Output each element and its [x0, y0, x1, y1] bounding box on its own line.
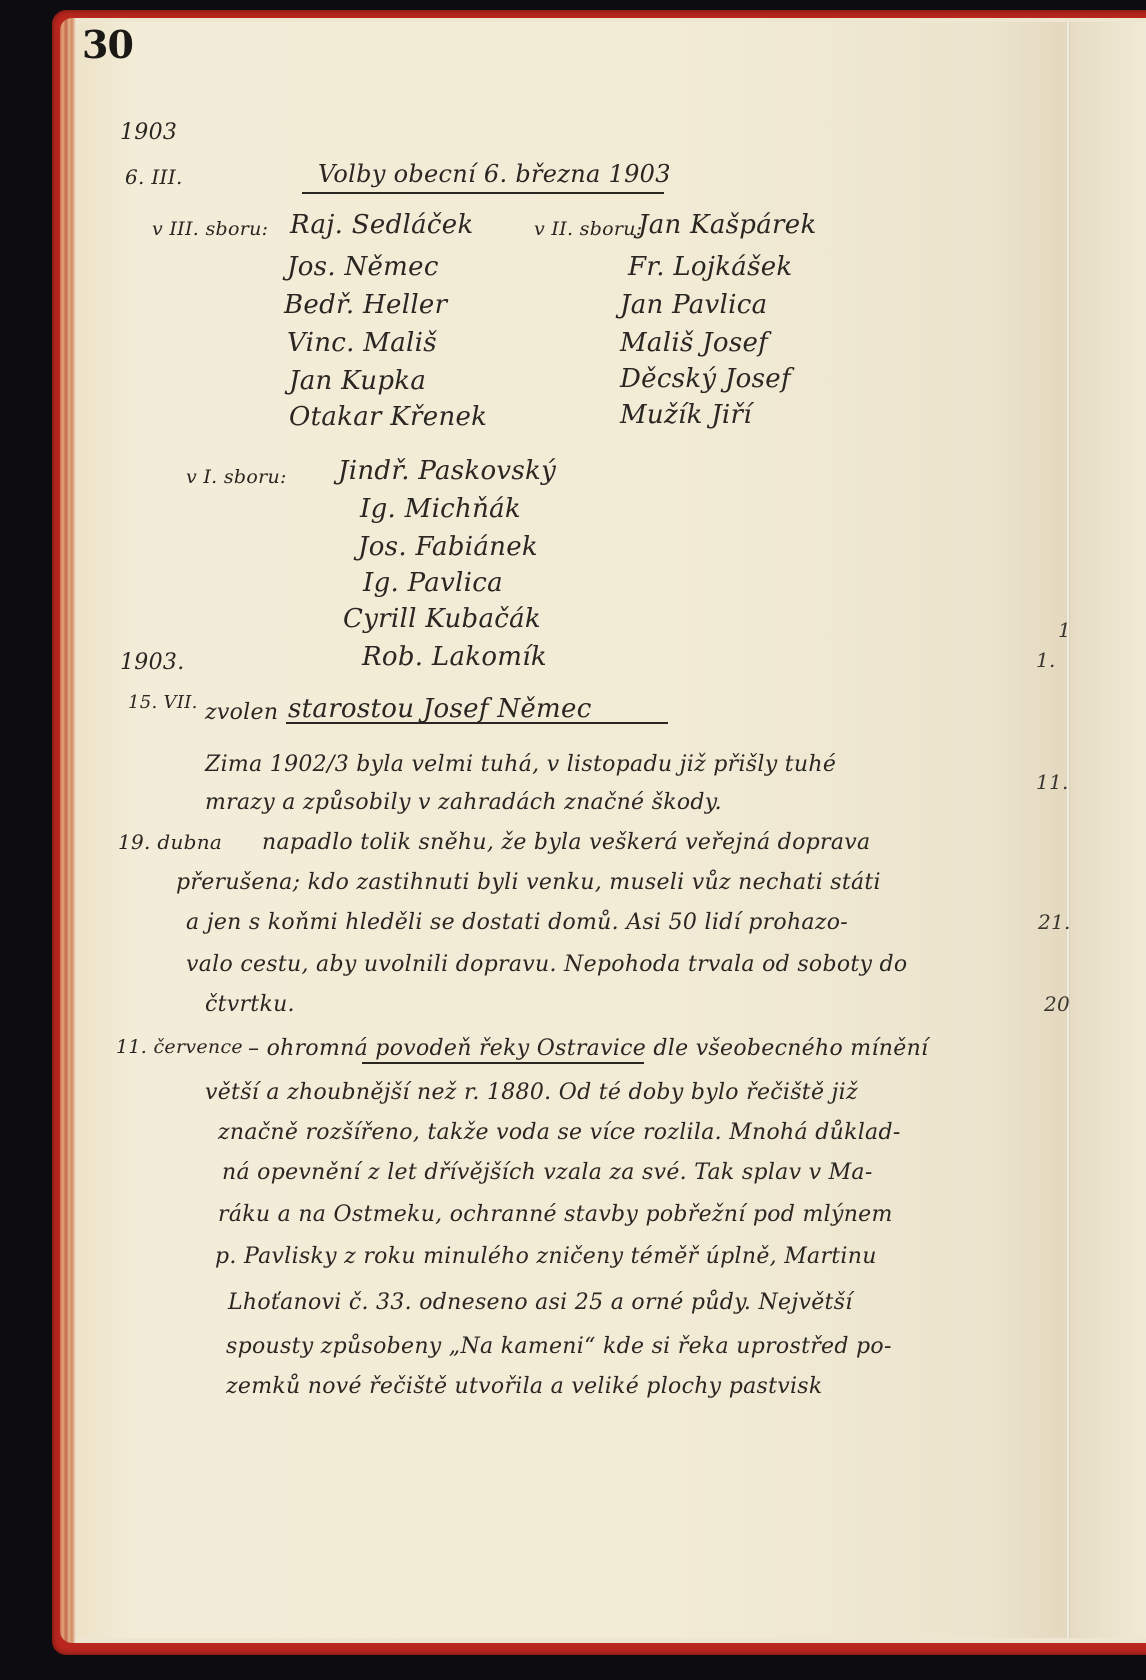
- corps-3-member: Otakar Křenek: [289, 402, 487, 432]
- corps-3-member: Bedř. Heller: [284, 290, 447, 320]
- next-page-margin-note: 1: [1058, 618, 1071, 642]
- election-title: Volby obecní 6. března 1903: [318, 160, 671, 188]
- text-line: mrazy a způsobily v zahradách značné ško…: [205, 790, 722, 815]
- text-line: ráku a na Ostmeku, ochranné stavby pobře…: [218, 1202, 893, 1227]
- corps-2-label: v II. sboru:: [534, 218, 643, 240]
- mayor-underline: [286, 722, 668, 724]
- corps-1-member: Jos. Fabiánek: [358, 532, 538, 562]
- text-line: a jen s koňmi hleděli se dostati domů. A…: [186, 910, 848, 935]
- corps-1-member: Ig. Michňák: [360, 494, 521, 524]
- text-line: valo cestu, aby uvolnili dopravu. Nepoho…: [186, 952, 907, 977]
- year-margin-mayor: 1903.: [120, 650, 184, 675]
- corps-1-member: Rob. Lakomík: [362, 642, 547, 672]
- corps-2-member: Jan Pavlica: [620, 290, 767, 320]
- mayor-line-underlined: starostou Josef Němec: [288, 694, 592, 724]
- text-line: napadlo tolik sněhu, že byla veškerá veř…: [262, 830, 870, 855]
- corps-3-member: Jan Kupka: [289, 366, 426, 396]
- corps-1-member: Jindř. Paskovský: [338, 456, 556, 486]
- text-line: větší a zhoubnější než r. 1880. Od té do…: [205, 1080, 858, 1105]
- text-line: čtvrtku.: [205, 992, 295, 1017]
- next-page-margin-note: 20: [1044, 992, 1070, 1016]
- next-page-margin-note: 21.: [1038, 910, 1071, 934]
- corps-3-label: v III. sboru:: [152, 218, 268, 240]
- text-line: spousty způsobeny „Na kameni“ kde si řek…: [226, 1334, 892, 1359]
- book-gutter: [1066, 22, 1070, 1638]
- corps-3-member: Jos. Němec: [287, 252, 439, 282]
- page-number: 30: [82, 22, 133, 67]
- text-line: Lhoťanovi č. 33. odneseno asi 25 a orné …: [228, 1290, 853, 1315]
- date-margin-mayor: 15. VII.: [128, 692, 198, 713]
- text-line: ná opevnění z let dřívějších vzala za sv…: [222, 1160, 873, 1185]
- corps-2-member: Mališ Josef: [620, 328, 768, 358]
- flood-underline: [362, 1062, 644, 1064]
- corps-2-member: Mužík Jiří: [620, 400, 752, 430]
- text-line: p. Pavlisky z roku minulého zničeny témě…: [215, 1244, 877, 1269]
- text-line: zemků nové řečiště utvořila a veliké plo…: [226, 1374, 823, 1399]
- corps-3-member: Vinc. Mališ: [287, 328, 437, 358]
- corps-1-member: Cyrill Kubačák: [343, 604, 541, 634]
- text-line: přerušena; kdo zastihnuti byli venku, mu…: [176, 870, 881, 895]
- next-page-margin-note: 1.: [1036, 648, 1056, 672]
- paragraph-margin-date: 11. července: [116, 1036, 243, 1058]
- corps-3-member: Raj. Sedláček: [290, 210, 474, 240]
- right-page-edge: [1070, 22, 1146, 1638]
- election-title-underline: [302, 192, 664, 194]
- corps-1-member: Ig. Pavlica: [363, 568, 503, 598]
- corps-2-member: Jan Kašpárek: [638, 210, 817, 240]
- year-margin-top: 1903: [120, 120, 177, 145]
- next-page-margin-note: 11.: [1036, 770, 1069, 794]
- corps-1-label: v I. sboru:: [186, 466, 287, 488]
- text-line: značně rozšířeno, takže voda se více roz…: [218, 1120, 901, 1145]
- corps-2-member: Děcský Josef: [620, 364, 791, 394]
- corps-2-member: Fr. Lojkášek: [628, 252, 792, 282]
- mayor-line-prefix: zvolen: [205, 700, 278, 725]
- paragraph-margin-date: 19. dubna: [118, 830, 222, 854]
- text-line: Zima 1902/3 byla velmi tuhá, v listopadu…: [205, 752, 836, 777]
- date-margin-election: 6. III.: [125, 165, 183, 189]
- text-line: – ohromná povodeň řeky Ostravice dle vše…: [248, 1036, 928, 1061]
